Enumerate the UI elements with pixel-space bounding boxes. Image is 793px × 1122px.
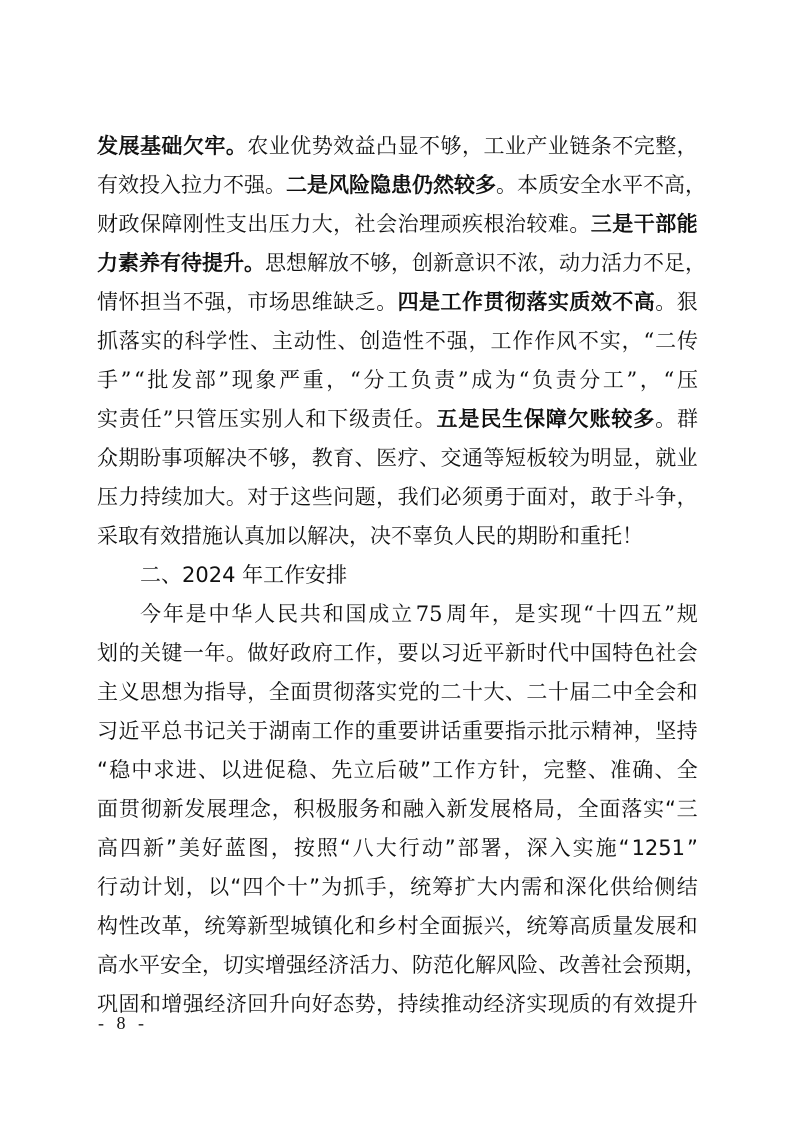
text-char: 湖 <box>269 712 290 751</box>
text-char: 大 <box>376 829 397 868</box>
text-char: 结 <box>677 868 698 907</box>
text-char: 这 <box>290 478 311 517</box>
text-char: 盼 <box>140 439 161 478</box>
text-char: 作 <box>355 634 376 673</box>
text-char: ， <box>333 205 354 244</box>
text-char: 稳 <box>287 751 308 790</box>
text-char: 和 <box>677 907 698 946</box>
text-char: “ <box>583 595 594 634</box>
text-char: 不 <box>349 244 370 283</box>
text-char: 压 <box>218 400 239 439</box>
text-char: 方 <box>477 751 498 790</box>
text-char: 优 <box>290 127 311 166</box>
text-char: 经 <box>307 946 328 985</box>
text-char: 解 <box>475 946 496 985</box>
text-char: 范 <box>433 946 454 985</box>
text-char: 一 <box>183 634 204 673</box>
text-char: 三 <box>677 790 698 829</box>
bold-char: 四 <box>398 283 419 322</box>
bold-char: 仍 <box>412 166 433 205</box>
text-char: 压 <box>269 205 290 244</box>
text-char: 治 <box>398 205 419 244</box>
bold-char: 。 <box>226 127 247 166</box>
text-char: 较 <box>526 205 547 244</box>
bold-char: 是 <box>307 166 328 205</box>
text-char: 高 <box>97 829 118 868</box>
text-char: 些 <box>312 478 333 517</box>
text-char: 重 <box>303 361 324 400</box>
text-char: 工 <box>333 634 354 673</box>
text-char: 高 <box>664 166 685 205</box>
text-char: 重 <box>462 712 483 751</box>
text-char: 侧 <box>654 868 675 907</box>
text-char: 动 <box>559 244 580 283</box>
text-line: 众期盼事项解决不够，教育、医疗、交通等短板较为明显，就业 <box>97 439 698 478</box>
text-char: 型 <box>269 907 290 946</box>
text-char: 完 <box>634 127 655 166</box>
text-char: 。 <box>655 400 676 439</box>
text-char: 顽 <box>441 205 462 244</box>
text-char: 记 <box>204 712 225 751</box>
text-char: 近 <box>462 634 483 673</box>
text-char: 个 <box>265 868 286 907</box>
text-char: 面 <box>526 478 547 517</box>
text-char: 。 <box>569 205 590 244</box>
text-char: 中 <box>208 595 229 634</box>
text-char: 精 <box>591 712 612 751</box>
text-char: 必 <box>441 478 462 517</box>
text-char: 划 <box>164 868 185 907</box>
text-char: 力 <box>622 244 643 283</box>
text-char: 担 <box>140 283 161 322</box>
text-char: 、 <box>355 439 376 478</box>
text-char: 党 <box>398 673 419 712</box>
text-char: 给 <box>632 868 653 907</box>
text-line: 采取有效措施认真加以解决，决不辜负人民的期盼和重托！ <box>97 517 698 556</box>
text-char: 。 <box>226 478 247 517</box>
text-char: 1251 <box>632 829 685 868</box>
text-char: 规 <box>677 595 698 634</box>
text-line: 实责任”只管压实别人和下级责任。五是民生保障欠账较多。群 <box>97 400 698 439</box>
text-char: 府 <box>312 634 333 673</box>
text-char: 续 <box>419 985 440 1024</box>
text-char: 念 <box>250 790 271 829</box>
text-char: 大 <box>312 205 333 244</box>
bold-char: 有 <box>160 244 181 283</box>
bold-char: 效 <box>591 283 612 322</box>
text-char: 力 <box>290 205 311 244</box>
text-char: 华 <box>231 595 252 634</box>
text-char: 们 <box>419 478 440 517</box>
text-char: 近 <box>118 712 139 751</box>
text-char: 习 <box>441 634 462 673</box>
text-char: 实 <box>573 829 594 868</box>
text-char: 活 <box>349 946 370 985</box>
text-char: 全 <box>578 790 599 829</box>
text-char: 部 <box>458 829 479 868</box>
text-char: 效 <box>634 985 655 1024</box>
text-char: 关 <box>226 712 247 751</box>
text-char: 性 <box>228 322 249 361</box>
text-char: 中 <box>131 751 152 790</box>
text-char: 等 <box>483 439 504 478</box>
text-char: 照 <box>317 829 338 868</box>
text-char: 展 <box>490 790 511 829</box>
text-char: 事 <box>161 439 182 478</box>
text-char: 社 <box>355 205 376 244</box>
text-char: 放 <box>328 244 349 283</box>
text-char: 增 <box>161 985 182 1024</box>
text-char: ， <box>186 868 207 907</box>
text-char: 计 <box>141 868 162 907</box>
text-char: 实 <box>376 673 397 712</box>
text-char: 显 <box>398 127 419 166</box>
text-char: 防 <box>412 946 433 985</box>
text-char: 现 <box>232 361 253 400</box>
bold-char: 是 <box>419 283 440 322</box>
text-char: 手 <box>97 361 118 400</box>
text-char: 成 <box>368 595 389 634</box>
text-char: 经 <box>483 985 504 1024</box>
text-char: 作 <box>333 712 354 751</box>
text-char: 分 <box>579 361 600 400</box>
text-char: 供 <box>610 868 631 907</box>
text-char: 于 <box>247 712 268 751</box>
text-char: 会 <box>655 673 676 712</box>
text-char: 经 <box>204 985 225 1024</box>
text-char: 政 <box>118 205 139 244</box>
text-char: 解 <box>204 439 225 478</box>
text-line: 面贯彻新发展理念，积极服务和融入新发展格局，全面落实“三 <box>97 790 698 829</box>
text-char: 平 <box>483 634 504 673</box>
text-char: 维 <box>312 283 333 322</box>
text-char: 持 <box>398 985 419 1024</box>
text-char: 项 <box>183 439 204 478</box>
text-char: 为 <box>321 868 342 907</box>
text-char: 实 <box>97 400 118 439</box>
text-char: “ <box>340 829 351 868</box>
text-char: 村 <box>398 907 419 946</box>
text-char: 深 <box>527 829 548 868</box>
text-char: 施 <box>596 829 617 868</box>
text-char: 届 <box>569 673 590 712</box>
text-char: 会 <box>376 205 397 244</box>
text-char: “ <box>134 361 145 400</box>
text-char: 化 <box>454 946 475 985</box>
text-char: 面 <box>599 790 620 829</box>
text-char: 人 <box>283 400 304 439</box>
text-char: 严 <box>279 361 300 400</box>
text-char: ， <box>183 907 204 946</box>
text-char: 力 <box>118 478 139 517</box>
text-char: 、 <box>419 439 440 478</box>
text-char: 抓 <box>97 322 118 361</box>
text-char: 产 <box>526 127 547 166</box>
text-char: 改 <box>559 946 580 985</box>
text-char: 育 <box>333 439 354 478</box>
text-char: 抓 <box>343 868 364 907</box>
text-char: 以 <box>208 868 229 907</box>
text-char: 全 <box>181 946 202 985</box>
text-char: 实 <box>643 790 664 829</box>
text-char: 任 <box>393 400 414 439</box>
text-char: 平 <box>622 166 643 205</box>
text-char: 展 <box>655 907 676 946</box>
text-char: 。 <box>655 283 676 322</box>
bold-char: 二 <box>286 166 307 205</box>
text-line: 有效投入拉力不强。二是风险隐患仍然较多。本质安全水平不高， <box>97 166 698 205</box>
text-char: ， <box>290 439 311 478</box>
text-char: 新 <box>163 790 184 829</box>
text-char: 。 <box>376 283 397 322</box>
text-char: 本 <box>517 166 538 205</box>
text-char: ” <box>166 829 177 868</box>
text-char: 够 <box>441 127 462 166</box>
bold-char: 欠 <box>183 127 204 166</box>
text-char: 不 <box>496 244 517 283</box>
text-char: 动 <box>119 868 140 907</box>
text-char: 为 <box>495 361 516 400</box>
text-char: 缺 <box>333 283 354 322</box>
text-char: “ <box>350 361 361 400</box>
text-char: 全 <box>419 907 440 946</box>
text-char: 政 <box>290 634 311 673</box>
text-char: 的 <box>419 673 440 712</box>
text-char: ， <box>462 127 483 166</box>
text-char: 条 <box>591 127 612 166</box>
text-char: 新 <box>247 907 268 946</box>
text-char: 和 <box>381 790 402 829</box>
text-char: ， <box>685 244 698 283</box>
text-char: 分 <box>363 361 384 400</box>
text-char: 创 <box>359 322 380 361</box>
text-char: 的 <box>118 634 139 673</box>
text-char: 展 <box>206 790 227 829</box>
text-char: 压 <box>677 361 698 400</box>
text-char: 统 <box>410 868 431 907</box>
text-char: 要 <box>483 712 504 751</box>
text-char: 交 <box>441 439 462 478</box>
text-char: 险 <box>517 946 538 985</box>
text-char: 、 <box>505 673 526 712</box>
text-char: 和 <box>323 595 344 634</box>
text-char: ” <box>627 361 638 400</box>
text-char: 较 <box>548 439 569 478</box>
text-char: 发 <box>634 907 655 946</box>
text-line: 力素养有待提升。思想解放不够，创新意识不浓，动力活力不足， <box>97 244 698 283</box>
text-char: 完 <box>543 751 564 790</box>
text-char: 不 <box>419 127 440 166</box>
text-line: 巩固和增强经济回升向好态势，持续推动经济实现质的有效提升 <box>97 985 698 1024</box>
text-char: 、 <box>198 751 219 790</box>
text-char: 工 <box>483 127 504 166</box>
text-char: 升 <box>269 985 290 1024</box>
bold-char: 高 <box>634 283 655 322</box>
text-char: 难 <box>548 205 569 244</box>
text-char: 筹 <box>226 907 247 946</box>
text-char: “ <box>664 361 675 400</box>
text-char: 持 <box>677 712 698 751</box>
text-char: 只 <box>174 400 195 439</box>
text-char: 济 <box>226 985 247 1024</box>
text-line: 划的关键一年。做好政府工作，要以习近平新时代中国特色社会 <box>97 634 698 673</box>
text-char: ， <box>271 829 292 868</box>
text-char: “ <box>665 790 676 829</box>
text-char: 高 <box>569 907 590 946</box>
text-char: 以 <box>419 634 440 673</box>
text-char: 作 <box>534 322 555 361</box>
text-char: ， <box>376 985 397 1024</box>
bold-char: 彻 <box>505 283 526 322</box>
text-char: 对 <box>548 478 569 517</box>
text-char: 足 <box>664 244 685 283</box>
bold-char: 是 <box>458 400 479 439</box>
text-char: 稳 <box>109 751 130 790</box>
text-char: 南 <box>290 712 311 751</box>
text-char: ” <box>687 829 698 868</box>
text-char: 筹 <box>432 868 453 907</box>
text-char: 键 <box>161 634 182 673</box>
text-char: 勇 <box>483 478 504 517</box>
section-heading: 二、2024 年工作安排 <box>97 556 698 595</box>
text-char: 积 <box>294 790 315 829</box>
text-char: 务 <box>359 790 380 829</box>
text-char: 责 <box>119 400 140 439</box>
text-char: 融 <box>403 790 424 829</box>
text-char: 科 <box>184 322 205 361</box>
text-line: 主义思想为指导，全面贯彻落实党的二十大、二十届二中全会和 <box>97 673 698 712</box>
text-char: 医 <box>376 439 397 478</box>
text-char: 新 <box>433 244 454 283</box>
text-char: 显 <box>612 439 633 478</box>
text-char: ， <box>376 634 397 673</box>
text-char: 想 <box>286 244 307 283</box>
text-char: 质 <box>569 985 590 1024</box>
bold-char: 然 <box>433 166 454 205</box>
text-char: 强 <box>244 166 265 205</box>
text-char: 镇 <box>312 907 333 946</box>
bold-char: 工 <box>441 283 462 322</box>
text-char: 色 <box>634 634 655 673</box>
text-char: 批 <box>548 712 569 751</box>
text-char: 风 <box>556 322 577 361</box>
text-char: 实 <box>244 946 265 985</box>
text-char: 斗 <box>634 478 655 517</box>
text-char: 需 <box>521 868 542 907</box>
text-char: ， <box>202 946 223 985</box>
text-char: ” <box>163 400 174 439</box>
text-char: 责 <box>556 361 577 400</box>
text-char: 部 <box>195 361 216 400</box>
text-char: 批 <box>147 361 168 400</box>
text-char: 。 <box>226 634 247 673</box>
text-char: ， <box>634 712 655 751</box>
bold-char: 能 <box>677 205 698 244</box>
text-char: ， <box>326 361 347 400</box>
text-char: “ <box>519 361 530 400</box>
text-char: 、 <box>309 751 330 790</box>
text-char: 落 <box>355 673 376 712</box>
text-char: “ <box>97 751 108 790</box>
text-char: 、 <box>654 751 675 790</box>
text-char: 新 <box>505 634 526 673</box>
text-char: 识 <box>475 244 496 283</box>
text-char: 平 <box>140 712 161 751</box>
text-char: 今 <box>140 595 161 634</box>
text-char: 障 <box>161 205 182 244</box>
text-char: 财 <box>97 205 118 244</box>
text-char: 讲 <box>419 712 440 751</box>
text-char: 效 <box>333 127 354 166</box>
text-char: 性 <box>204 205 225 244</box>
text-char: 新 <box>143 829 164 868</box>
text-char: 实 <box>141 322 162 361</box>
text-char: 二 <box>526 673 547 712</box>
text-char: 农 <box>247 127 268 166</box>
text-char: 性 <box>316 322 337 361</box>
text-char: 实 <box>537 595 558 634</box>
bold-char: 基 <box>140 127 161 166</box>
text-char: 要 <box>398 712 419 751</box>
text-char: 明 <box>591 439 612 478</box>
text-char: ， <box>505 907 526 946</box>
text-char: 责 <box>434 361 455 400</box>
text-char: 链 <box>569 127 590 166</box>
text-char: 人 <box>254 595 275 634</box>
text-char: 全 <box>269 673 290 712</box>
text-char: ， <box>677 478 698 517</box>
text-char: 管 <box>196 400 217 439</box>
text-char: 贯 <box>119 790 140 829</box>
text-char: 总 <box>161 712 182 751</box>
text-char: ， <box>492 595 513 634</box>
text-char: 问 <box>333 478 354 517</box>
text-char: 众 <box>97 439 118 478</box>
text-char: 中 <box>612 673 633 712</box>
text-char: 指 <box>505 712 526 751</box>
text-char: 理 <box>228 790 249 829</box>
text-char: 浓 <box>517 244 538 283</box>
text-char: 对 <box>247 478 268 517</box>
bold-char: 欠 <box>568 400 589 439</box>
text-char: ， <box>272 790 293 829</box>
text-char: 振 <box>462 907 483 946</box>
text-char: 续 <box>161 478 182 517</box>
bold-char: 保 <box>524 400 545 439</box>
text-char: 习 <box>97 712 118 751</box>
text-char: 水 <box>118 946 139 985</box>
text-char: 、 <box>391 946 412 985</box>
bold-char: 是 <box>612 205 633 244</box>
text-char: 和 <box>355 907 376 946</box>
text-char: 是 <box>186 595 207 634</box>
text-char: ” <box>664 595 675 634</box>
text-char: 兴 <box>483 907 504 946</box>
text-char: 刚 <box>183 205 204 244</box>
text-char: 现 <box>560 595 581 634</box>
text-char: 有 <box>612 985 633 1024</box>
bold-char: 础 <box>161 127 182 166</box>
text-char: 当 <box>161 283 182 322</box>
text-line: 高水平安全，切实增强经济活力、防范化解风险、改善社会预期， <box>97 946 698 985</box>
text-char: ” <box>309 868 320 907</box>
text-char: 责 <box>371 400 392 439</box>
text-char: 不 <box>425 322 446 361</box>
text-char: 十 <box>548 673 569 712</box>
text-char: 实 <box>600 322 621 361</box>
text-char: 彻 <box>141 790 162 829</box>
text-char: 力 <box>580 244 601 283</box>
